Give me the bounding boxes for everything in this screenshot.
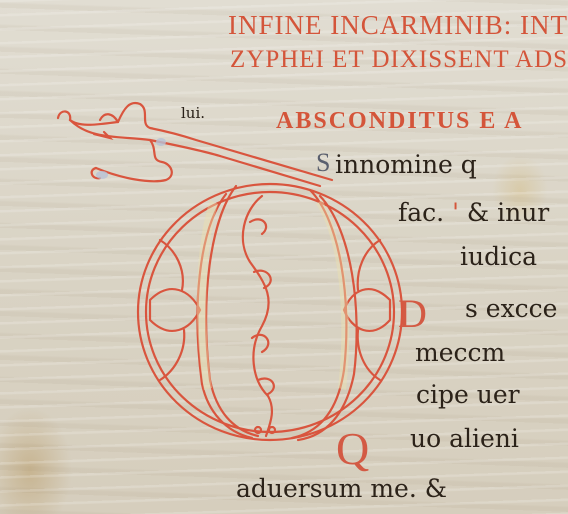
text-line-6: cipe uer — [416, 380, 520, 409]
manuscript-page: INFINE INCARMINIB: INTEL ZYPHEI ET DIXIS… — [0, 0, 568, 514]
text-line-5: meccm — [415, 338, 505, 367]
text-line-1: innomine q — [335, 150, 477, 179]
text-line-4: s excce — [465, 294, 557, 323]
text-word-fac: fac. — [398, 198, 444, 227]
text-word-inur: & inur — [467, 198, 549, 227]
rubric-line-3: ABSCONDITUS E A — [276, 108, 523, 135]
text-line-8: aduersum me. & — [236, 474, 447, 503]
text-line-7: uo alieni — [410, 424, 519, 453]
rubric-line-2: ZYPHEI ET DIXISSENT ADSA — [230, 46, 568, 74]
initial-d: D — [398, 290, 427, 337]
marginal-gloss: lui. — [181, 104, 205, 122]
initial-s: S — [316, 148, 330, 178]
text-line-3: iudica — [460, 242, 537, 271]
punctus-mark: ' — [452, 198, 459, 227]
rubric-line-1: INFINE INCARMINIB: INTEL — [228, 10, 568, 41]
initial-q: Q — [336, 422, 369, 475]
text-line-2: fac. ' & inur — [398, 198, 549, 227]
